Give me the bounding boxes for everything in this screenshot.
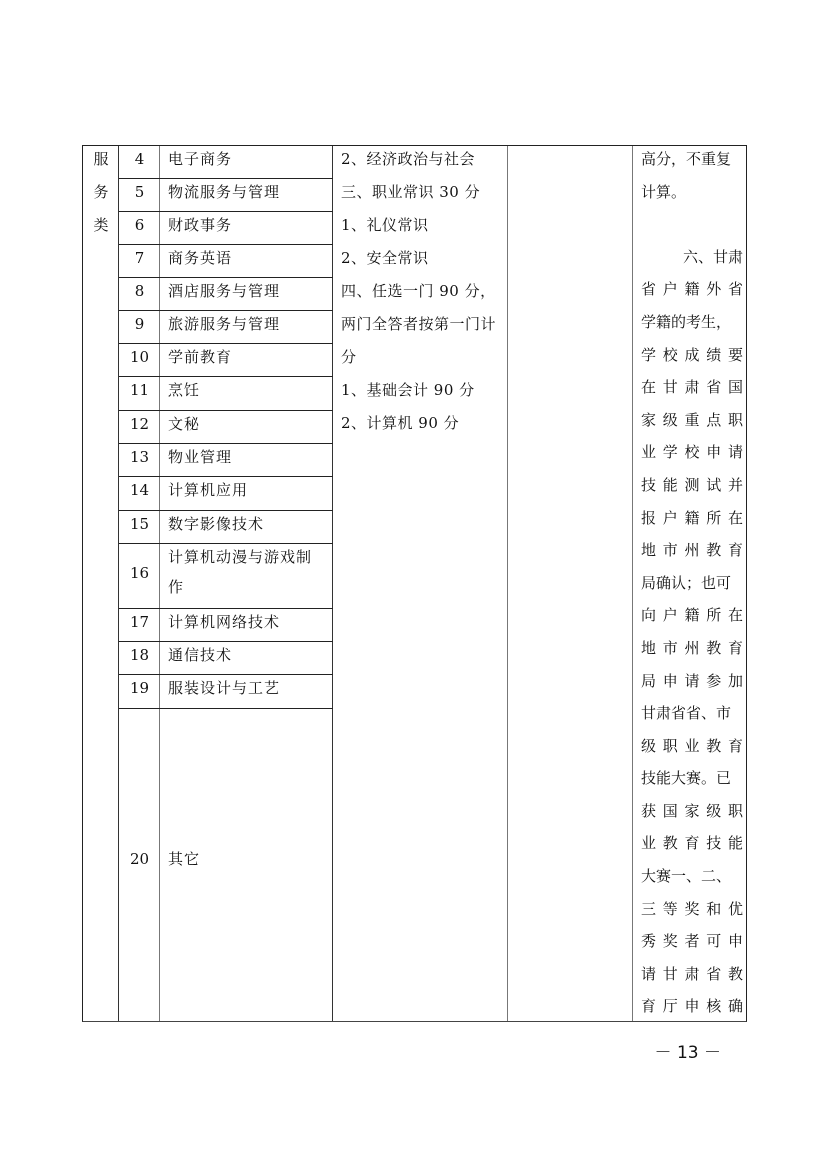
exam-content-line: 2、计算机 90 分 bbox=[341, 410, 509, 443]
exam-content-line: 分 bbox=[341, 344, 509, 377]
note-line: 家级重点职 bbox=[641, 407, 743, 440]
note-line: 请甘肃省教 bbox=[641, 961, 743, 994]
table-row: 9 旅游服务与管理 bbox=[119, 311, 333, 344]
row-number: 11 bbox=[119, 377, 160, 403]
major-name: 数字影像技术 bbox=[168, 511, 333, 537]
major-name: 旅游服务与管理 bbox=[168, 311, 333, 337]
row-number: 17 bbox=[119, 609, 160, 635]
major-name: 酒店服务与管理 bbox=[168, 278, 333, 304]
note-line: 甘肃省省、市 bbox=[641, 700, 743, 733]
table-row: 10 学前教育 bbox=[119, 344, 333, 377]
note-line: 六、甘肃 bbox=[641, 244, 743, 277]
note-line: 地市州教育 bbox=[641, 537, 743, 570]
row-number: 5 bbox=[119, 179, 160, 205]
category-cell: 服 务 类 bbox=[83, 146, 119, 245]
note-line: 学校成绩要 bbox=[641, 342, 743, 375]
category-char: 类 bbox=[83, 212, 119, 245]
note-line: 秀奖者可申 bbox=[641, 928, 743, 961]
table-row: 19 服装设计与工艺 bbox=[119, 675, 333, 709]
note-line: 育厅申核确 bbox=[641, 993, 743, 1026]
table-row: 13 物业管理 bbox=[119, 444, 333, 477]
note-line: 在甘肃省国 bbox=[641, 374, 743, 407]
table-row: 15 数字影像技术 bbox=[119, 511, 333, 544]
row-number: 10 bbox=[119, 344, 160, 370]
row-number: 14 bbox=[119, 477, 160, 503]
note-line: 技能大赛。已 bbox=[641, 765, 743, 798]
row-number: 16 bbox=[119, 544, 160, 602]
major-name: 物业管理 bbox=[168, 444, 333, 470]
major-name: 烹饪 bbox=[168, 377, 333, 403]
table-row: 7 商务英语 bbox=[119, 245, 333, 278]
row-number: 18 bbox=[119, 642, 160, 668]
note-line: 学籍的考生， bbox=[641, 309, 743, 342]
major-name-line: 计算机动漫与游戏制 bbox=[168, 542, 333, 572]
row-number: 13 bbox=[119, 444, 160, 470]
row-number: 7 bbox=[119, 245, 160, 271]
exam-content-line: 三、职业常识 30 分 bbox=[341, 179, 509, 212]
major-exam-table: 服 务 类 4 电子商务 5 物流服务与管理 6 财政事务 7 商务英语 bbox=[82, 145, 747, 1022]
exam-content-line: 2、安全常识 bbox=[341, 245, 509, 278]
note-line: 报户籍所在 bbox=[641, 505, 743, 538]
note-line: 业教育技能 bbox=[641, 830, 743, 863]
note-line: 地市州教育 bbox=[641, 635, 743, 668]
note-line: 技能测试并 bbox=[641, 472, 743, 505]
table-row: 12 文秘 bbox=[119, 411, 333, 444]
table-row: 17 计算机网络技术 bbox=[119, 609, 333, 642]
exam-content-line: 1、礼仪常识 bbox=[341, 212, 509, 245]
note-line: 省户籍外省 bbox=[641, 276, 743, 309]
major-name: 其它 bbox=[168, 709, 333, 1009]
note-line: 局申请参加 bbox=[641, 668, 743, 701]
row-number: 12 bbox=[119, 411, 160, 437]
exam-content-cell: 2、经济政治与社会 三、职业常识 30 分 1、礼仪常识 2、安全常识 四、任选… bbox=[341, 146, 509, 443]
table-row: 4 电子商务 bbox=[119, 146, 333, 179]
major-name: 商务英语 bbox=[168, 245, 333, 271]
major-name: 计算机应用 bbox=[168, 477, 333, 503]
major-name: 文秘 bbox=[168, 411, 333, 437]
row-number: 20 bbox=[119, 709, 160, 1009]
note-line: 三等奖和优 bbox=[641, 896, 743, 929]
major-name: 财政事务 bbox=[168, 212, 333, 238]
column-divider bbox=[632, 146, 633, 1021]
table-row: 20 其它 bbox=[119, 709, 333, 1021]
major-name: 计算机动漫与游戏制 作 bbox=[168, 542, 333, 602]
major-name-line: 作 bbox=[168, 572, 333, 602]
note-line: 获国家级职 bbox=[641, 798, 743, 831]
document-page: 服 务 类 4 电子商务 5 物流服务与管理 6 财政事务 7 商务英语 bbox=[0, 0, 826, 1169]
major-name: 电子商务 bbox=[168, 146, 333, 172]
exam-content-line: 四、任选一门 90 分， bbox=[341, 278, 509, 311]
row-number: 9 bbox=[119, 311, 160, 337]
table-row: 14 计算机应用 bbox=[119, 477, 333, 511]
table-row: 11 烹饪 bbox=[119, 377, 333, 411]
page-number: － 13 － bbox=[0, 1038, 826, 1063]
category-char: 服 bbox=[83, 146, 119, 179]
exam-content-line: 1、基础会计 90 分 bbox=[341, 377, 509, 410]
notes-cell: 高分，不重复 计算。 六、甘肃 省户籍外省 学籍的考生， 学校成绩要 在甘肃省国… bbox=[641, 146, 743, 1026]
note-line: 局确认；也可 bbox=[641, 570, 743, 603]
row-number: 19 bbox=[119, 675, 160, 701]
table-row: 18 通信技术 bbox=[119, 642, 333, 675]
table-row: 8 酒店服务与管理 bbox=[119, 278, 333, 311]
row-number: 4 bbox=[119, 146, 160, 172]
note-line: 向户籍所在 bbox=[641, 602, 743, 635]
row-number: 8 bbox=[119, 278, 160, 304]
major-name: 通信技术 bbox=[168, 642, 333, 668]
category-char: 务 bbox=[83, 179, 119, 212]
note-line: 高分，不重复 bbox=[641, 146, 743, 179]
major-name: 计算机网络技术 bbox=[168, 609, 333, 635]
note-line bbox=[641, 211, 743, 244]
note-line: 大赛一、二、 bbox=[641, 863, 743, 896]
table-row: 16 计算机动漫与游戏制 作 bbox=[119, 544, 333, 609]
note-line: 计算。 bbox=[641, 179, 743, 212]
note-line: 业学校申请 bbox=[641, 439, 743, 472]
table-row: 6 财政事务 bbox=[119, 212, 333, 245]
row-number: 6 bbox=[119, 212, 160, 238]
row-number: 15 bbox=[119, 511, 160, 537]
major-name: 学前教育 bbox=[168, 344, 333, 370]
exam-content-line: 2、经济政治与社会 bbox=[341, 146, 509, 179]
major-name: 服装设计与工艺 bbox=[168, 675, 333, 701]
table-row: 5 物流服务与管理 bbox=[119, 179, 333, 212]
note-line: 级职业教育 bbox=[641, 733, 743, 766]
major-name: 物流服务与管理 bbox=[168, 179, 333, 205]
exam-content-line: 两门全答者按第一门计 bbox=[341, 311, 509, 344]
